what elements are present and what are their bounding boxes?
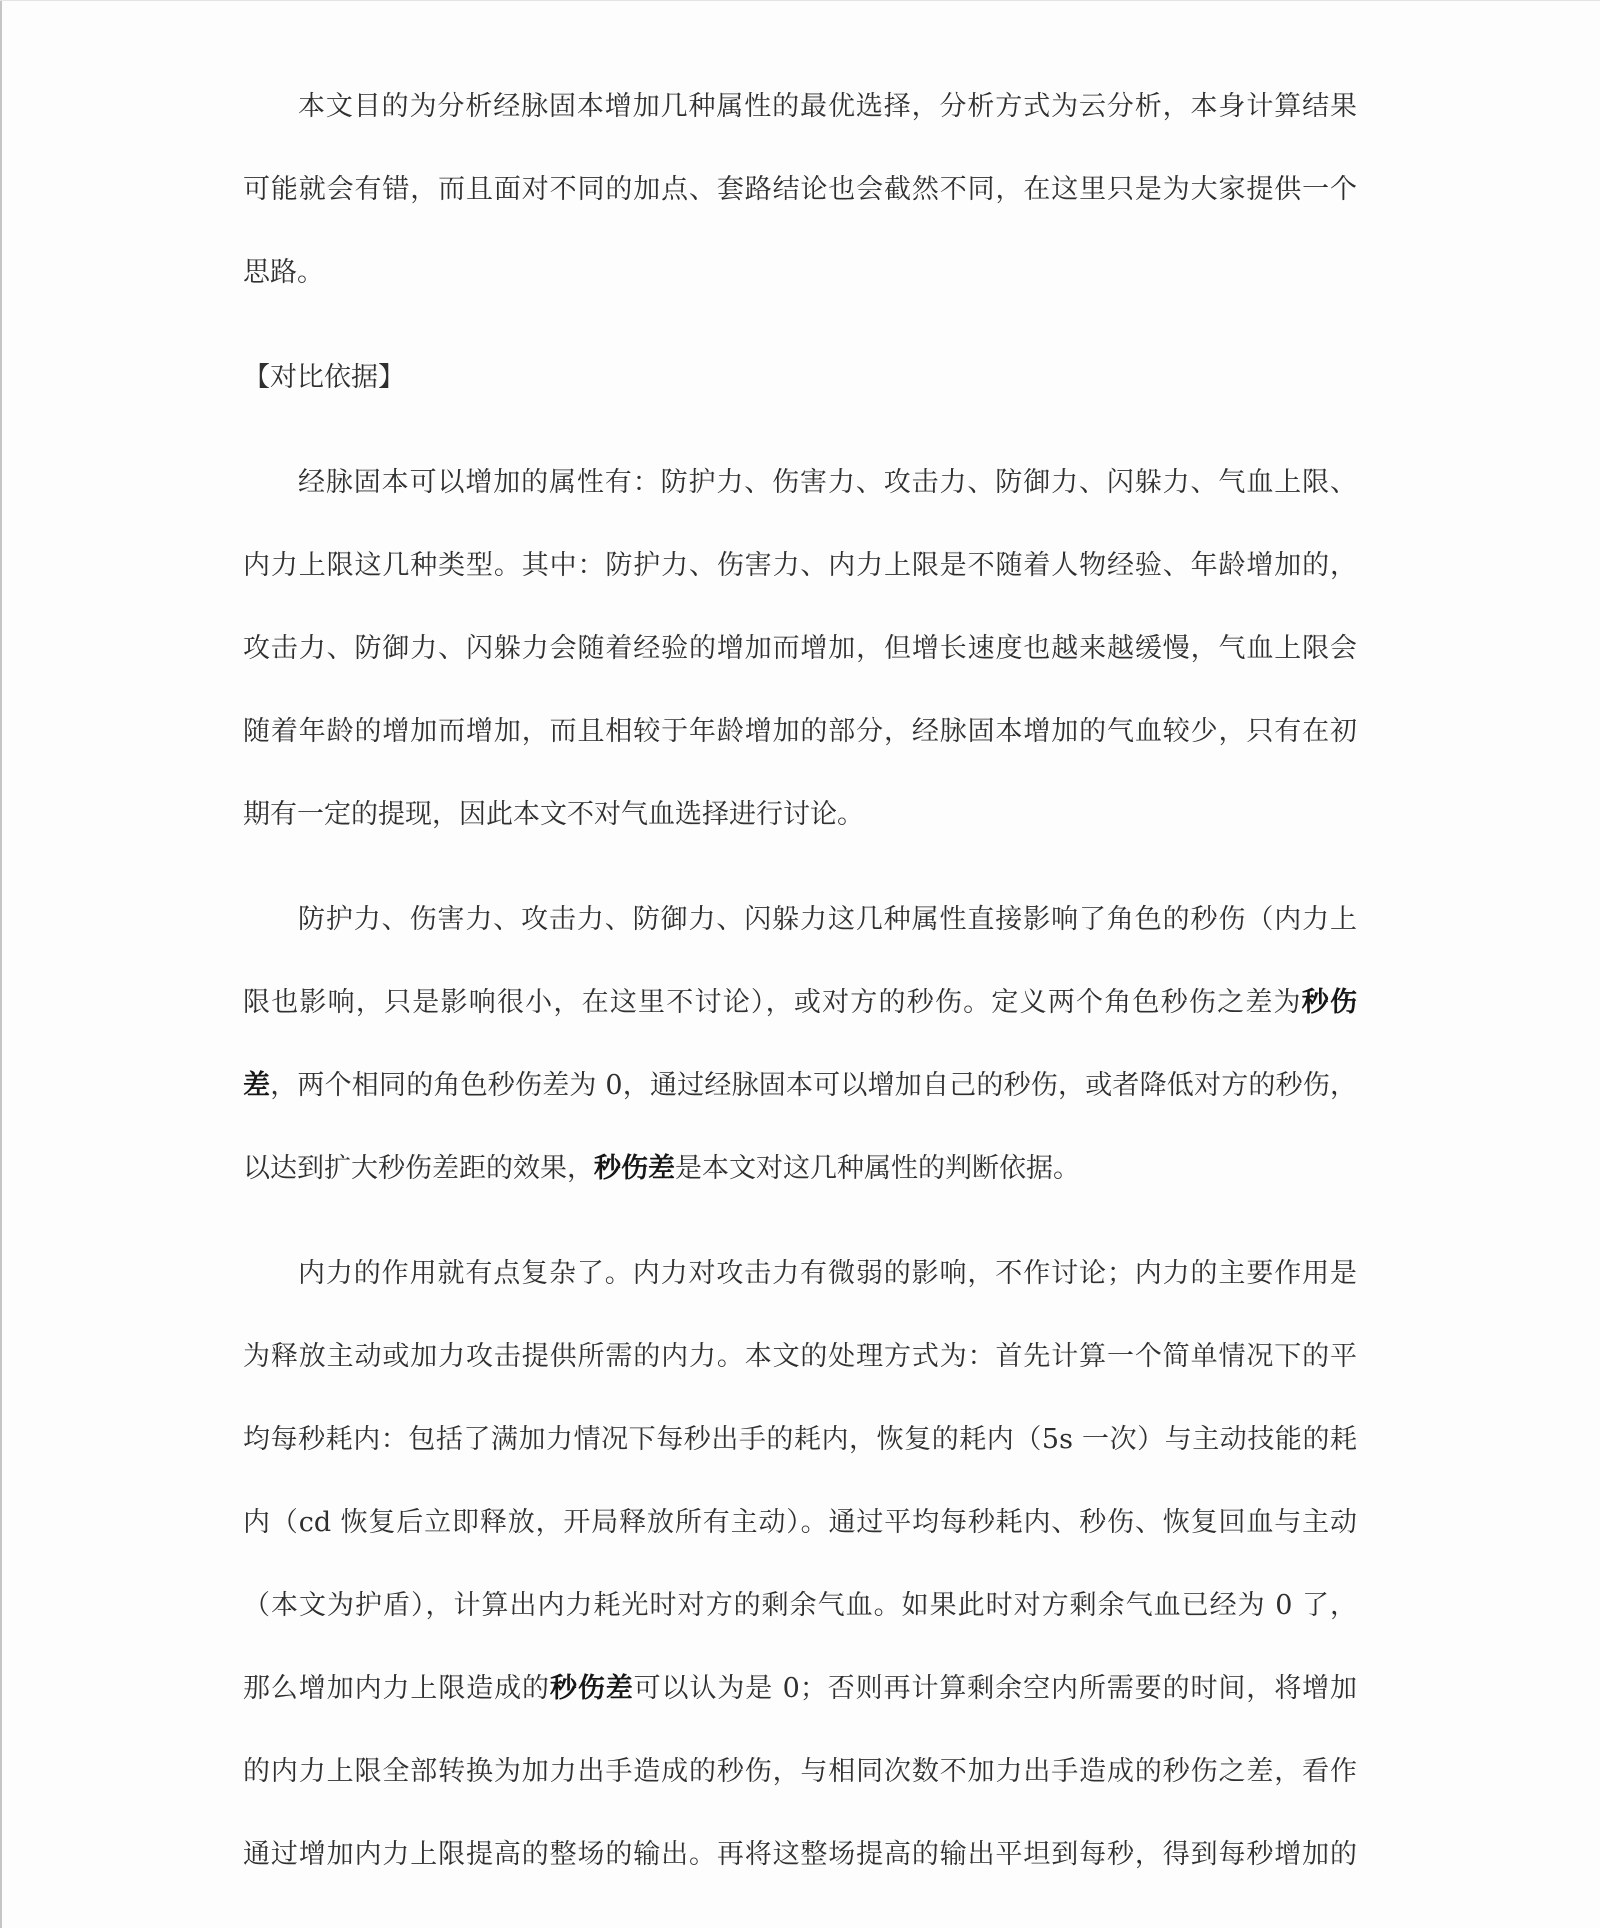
text-run: 以达到扩大秒伤差距的效果， bbox=[243, 1153, 594, 1184]
text-line: 内（cd 恢复后立即释放，开局释放所有主动）。通过平均每秒耗内、秒伤、恢复回血与… bbox=[243, 1481, 1357, 1564]
text-line: 期有一定的提现，因此本文不对气血选择进行讨论。 bbox=[243, 773, 1357, 856]
text-line: （本文为护盾），计算出内力耗光时对方的剩余气血。如果此时对方剩余气血已经为 0 … bbox=[243, 1564, 1357, 1647]
bold-term: 差 bbox=[243, 1070, 270, 1101]
text-line: 限也影响，只是影响很小，在这里不讨论），或对方的秒伤。定义两个角色秒伤之差为秒伤 bbox=[243, 961, 1357, 1044]
text-line: 那么增加内力上限造成的秒伤差可以认为是 0；否则再计算剩余空内所需要的时间，将增… bbox=[243, 1647, 1357, 1730]
text-line: 可能就会有错，而且面对不同的加点、套路结论也会截然不同，在这里只是为大家提供一个 bbox=[243, 148, 1357, 231]
text-run: ，两个相同的角色秒伤差为 0，通过经脉固本可以增加自己的秒伤，或者降低对方的秒伤… bbox=[270, 1070, 1357, 1101]
text-line: 以达到扩大秒伤差距的效果，秒伤差是本文对这几种属性的判断依据。 bbox=[243, 1127, 1357, 1210]
page-top-edge bbox=[0, 0, 1600, 1]
document-body: 本文目的为分析经脉固本增加几种属性的最优选择，分析方式为云分析，本身计算结果可能… bbox=[243, 65, 1357, 1918]
bold-term: 秒伤差 bbox=[594, 1153, 675, 1184]
text-run: 期有一定的提现，因此本文不对气血选择进行讨论。 bbox=[243, 799, 864, 830]
text-run: 通过增加内力上限提高的整场的输出。再将这整场提高的输出平坦到每秒，得到每秒增加的 bbox=[243, 1839, 1357, 1870]
paragraph: 经脉固本可以增加的属性有：防护力、伤害力、攻击力、防御力、闪躲力、气血上限、内力… bbox=[243, 441, 1357, 856]
text-run: 防护力、伤害力、攻击力、防御力、闪躲力这几种属性直接影响了角色的秒伤（内力上 bbox=[298, 904, 1357, 935]
text-run: 限也影响，只是影响很小，在这里不讨论），或对方的秒伤。定义两个角色秒伤之差为 bbox=[243, 987, 1302, 1018]
text-line: 【对比依据】 bbox=[243, 336, 1357, 419]
document-page: { "page": { "background": "#fdfdfd", "te… bbox=[0, 0, 1600, 1928]
text-line: 内力的作用就有点复杂了。内力对攻击力有微弱的影响，不作讨论；内力的主要作用是 bbox=[243, 1232, 1357, 1315]
paragraph: 内力的作用就有点复杂了。内力对攻击力有微弱的影响，不作讨论；内力的主要作用是为释… bbox=[243, 1232, 1357, 1896]
text-run: 为释放主动或加力攻击提供所需的内力。本文的处理方式为：首先计算一个简单情况下的平 bbox=[243, 1341, 1357, 1372]
text-line: 通过增加内力上限提高的整场的输出。再将这整场提高的输出平坦到每秒，得到每秒增加的 bbox=[243, 1813, 1357, 1896]
bold-term: 秒伤差 bbox=[550, 1673, 634, 1704]
text-run: 本文目的为分析经脉固本增加几种属性的最优选择，分析方式为云分析，本身计算结果 bbox=[298, 91, 1357, 122]
text-run: 那么增加内力上限造成的 bbox=[243, 1673, 550, 1704]
text-run: 的内力上限全部转换为加力出手造成的秒伤，与相同次数不加力出手造成的秒伤之差，看作 bbox=[243, 1756, 1357, 1787]
text-run: 可能就会有错，而且面对不同的加点、套路结论也会截然不同，在这里只是为大家提供一个 bbox=[243, 174, 1357, 205]
text-line: 本文目的为分析经脉固本增加几种属性的最优选择，分析方式为云分析，本身计算结果 bbox=[243, 65, 1357, 148]
text-line: 攻击力、防御力、闪躲力会随着经验的增加而增加，但增长速度也越来越缓慢，气血上限会 bbox=[243, 607, 1357, 690]
section-heading: 【对比依据】 bbox=[243, 336, 1357, 419]
text-line: 随着年龄的增加而增加，而且相较于年龄增加的部分，经脉固本增加的气血较少，只有在初 bbox=[243, 690, 1357, 773]
text-line: 均每秒耗内：包括了满加力情况下每秒出手的耗内，恢复的耗内（5s 一次）与主动技能… bbox=[243, 1398, 1357, 1481]
paragraph: 本文目的为分析经脉固本增加几种属性的最优选择，分析方式为云分析，本身计算结果可能… bbox=[243, 65, 1357, 314]
text-line: 防护力、伤害力、攻击力、防御力、闪躲力这几种属性直接影响了角色的秒伤（内力上 bbox=[243, 878, 1357, 961]
text-run: 内力上限这几种类型。其中：防护力、伤害力、内力上限是不随着人物经验、年龄增加的， bbox=[243, 550, 1357, 581]
text-line: 内力上限这几种类型。其中：防护力、伤害力、内力上限是不随着人物经验、年龄增加的， bbox=[243, 524, 1357, 607]
text-run: 随着年龄的增加而增加，而且相较于年龄增加的部分，经脉固本增加的气血较少，只有在初 bbox=[243, 716, 1357, 747]
text-run: 经脉固本可以增加的属性有：防护力、伤害力、攻击力、防御力、闪躲力、气血上限、 bbox=[298, 467, 1357, 498]
text-line: 经脉固本可以增加的属性有：防护力、伤害力、攻击力、防御力、闪躲力、气血上限、 bbox=[243, 441, 1357, 524]
text-line: 的内力上限全部转换为加力出手造成的秒伤，与相同次数不加力出手造成的秒伤之差，看作 bbox=[243, 1730, 1357, 1813]
paragraph: 防护力、伤害力、攻击力、防御力、闪躲力这几种属性直接影响了角色的秒伤（内力上限也… bbox=[243, 878, 1357, 1210]
text-run: 均每秒耗内：包括了满加力情况下每秒出手的耗内，恢复的耗内（5s 一次）与主动技能… bbox=[243, 1424, 1357, 1455]
text-line: 为释放主动或加力攻击提供所需的内力。本文的处理方式为：首先计算一个简单情况下的平 bbox=[243, 1315, 1357, 1398]
page-left-edge bbox=[0, 0, 2, 1928]
text-run: （本文为护盾），计算出内力耗光时对方的剩余气血。如果此时对方剩余气血已经为 0 … bbox=[243, 1590, 1357, 1621]
bold-term: 秒伤 bbox=[1302, 987, 1357, 1018]
text-run: 可以认为是 0；否则再计算剩余空内所需要的时间，将增加 bbox=[634, 1673, 1357, 1704]
text-run: 内（cd 恢复后立即释放，开局释放所有主动）。通过平均每秒耗内、秒伤、恢复回血与… bbox=[243, 1507, 1357, 1538]
text-run: 【对比依据】 bbox=[243, 362, 405, 393]
text-line: 思路。 bbox=[243, 231, 1357, 314]
text-run: 攻击力、防御力、闪躲力会随着经验的增加而增加，但增长速度也越来越缓慢，气血上限会 bbox=[243, 633, 1357, 664]
text-run: 是本文对这几种属性的判断依据。 bbox=[675, 1153, 1080, 1184]
text-run: 思路。 bbox=[243, 257, 324, 288]
text-run: 内力的作用就有点复杂了。内力对攻击力有微弱的影响，不作讨论；内力的主要作用是 bbox=[298, 1258, 1357, 1289]
text-line: 差，两个相同的角色秒伤差为 0，通过经脉固本可以增加自己的秒伤，或者降低对方的秒… bbox=[243, 1044, 1357, 1127]
